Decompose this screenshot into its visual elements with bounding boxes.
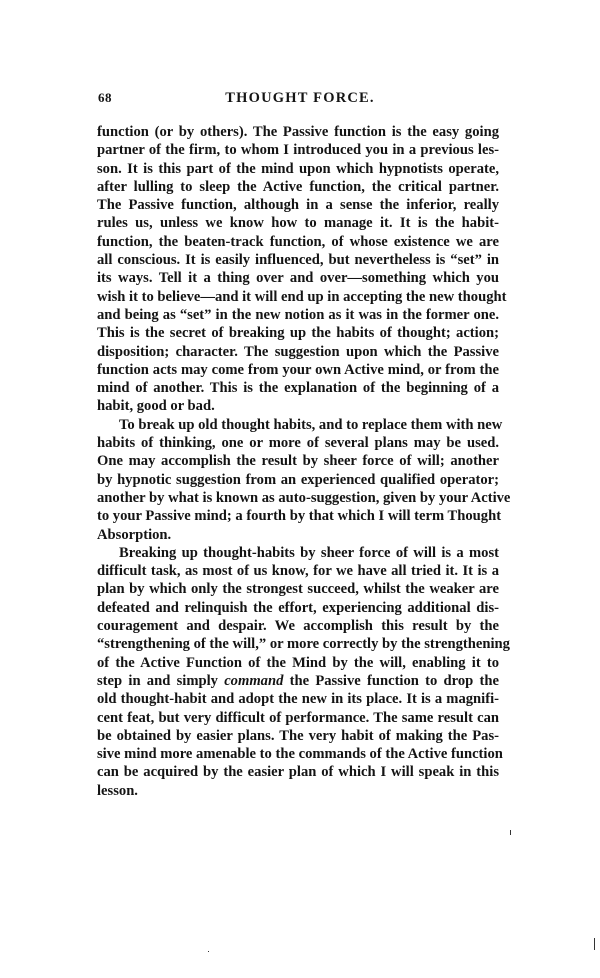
text-line: difficult task, as most of us know, for … [97, 562, 499, 580]
text-line: wish it to believe—and it will end up in… [97, 288, 499, 306]
text-line: Absorption. [97, 526, 499, 544]
text-line: plan by which only the strongest succeed… [97, 580, 499, 598]
running-title: THOUGHT FORCE. [97, 90, 499, 107]
text-line: can be acquired by the easier plan of wh… [97, 763, 499, 781]
text-segment: the Passive function to drop the [283, 673, 499, 689]
text-line: rules us, unless we know how to manage i… [97, 214, 499, 232]
paragraph-start-line: Breaking up thought-habits by sheer forc… [97, 544, 499, 562]
text-line: The Passive function, although in a sens… [97, 196, 499, 214]
running-head: 68 THOUGHT FORCE. [97, 90, 499, 110]
text-line: old thought-habit and adopt the new in i… [97, 690, 499, 708]
text-line: to your Passive mind; a fourth by that w… [97, 507, 499, 525]
scan-speck [208, 951, 209, 952]
text-line: function (or by others). The Passive fun… [97, 123, 499, 141]
text-line: cent feat, but very difficult of perform… [97, 709, 499, 727]
text-line: mind of another. This is the explanation… [97, 379, 499, 397]
body-text: function (or by others). The Passive fun… [97, 123, 499, 800]
text-line: be obtained by easier plans. The very ha… [97, 727, 499, 745]
text-line: partner of the firm, to whom I introduce… [97, 141, 499, 159]
text-line: sive mind more amenable to the commands … [97, 745, 499, 763]
text-line: couragement and despair. We accomplish t… [97, 617, 499, 635]
text-line-with-emphasis: step in and simply command the Passive f… [97, 672, 499, 690]
text-line: This is the secret of breaking up the ha… [97, 324, 499, 342]
text-segment: step in and simply [97, 673, 224, 689]
scan-speck [594, 938, 595, 950]
text-line: habits of thinking, one or more of sever… [97, 434, 499, 452]
text-line: defeated and relinquish the effort, expe… [97, 599, 499, 617]
text-line: disposition; character. The suggestion u… [97, 343, 499, 361]
text-line: “strengthening of the will,” or more cor… [97, 635, 499, 653]
text-line: lesson. [97, 782, 499, 800]
paragraph-start-line: To break up old thought habits, and to r… [97, 416, 499, 434]
text-line: of the Active Function of the Mind by th… [97, 654, 499, 672]
book-page: 68 THOUGHT FORCE. function (or by others… [0, 0, 600, 978]
text-line: and being as “set” in the new notion as … [97, 306, 499, 324]
text-line: by hypnotic suggestion from an experienc… [97, 471, 499, 489]
text-line: after lulling to sleep the Active functi… [97, 178, 499, 196]
text-line: function acts may come from your own Act… [97, 361, 499, 379]
scan-speck [510, 830, 511, 835]
emphasized-word: command [224, 673, 283, 689]
text-line: its ways. Tell it a thing over and over—… [97, 269, 499, 287]
text-line: habit, good or bad. [97, 397, 499, 415]
text-line: all conscious. It is easily influenced, … [97, 251, 499, 269]
text-line: One may accomplish the result by sheer f… [97, 452, 499, 470]
text-line: son. It is this part of the mind upon wh… [97, 160, 499, 178]
text-line: function, the beaten-track function, of … [97, 233, 499, 251]
text-line: another by what is known as auto-suggest… [97, 489, 499, 507]
